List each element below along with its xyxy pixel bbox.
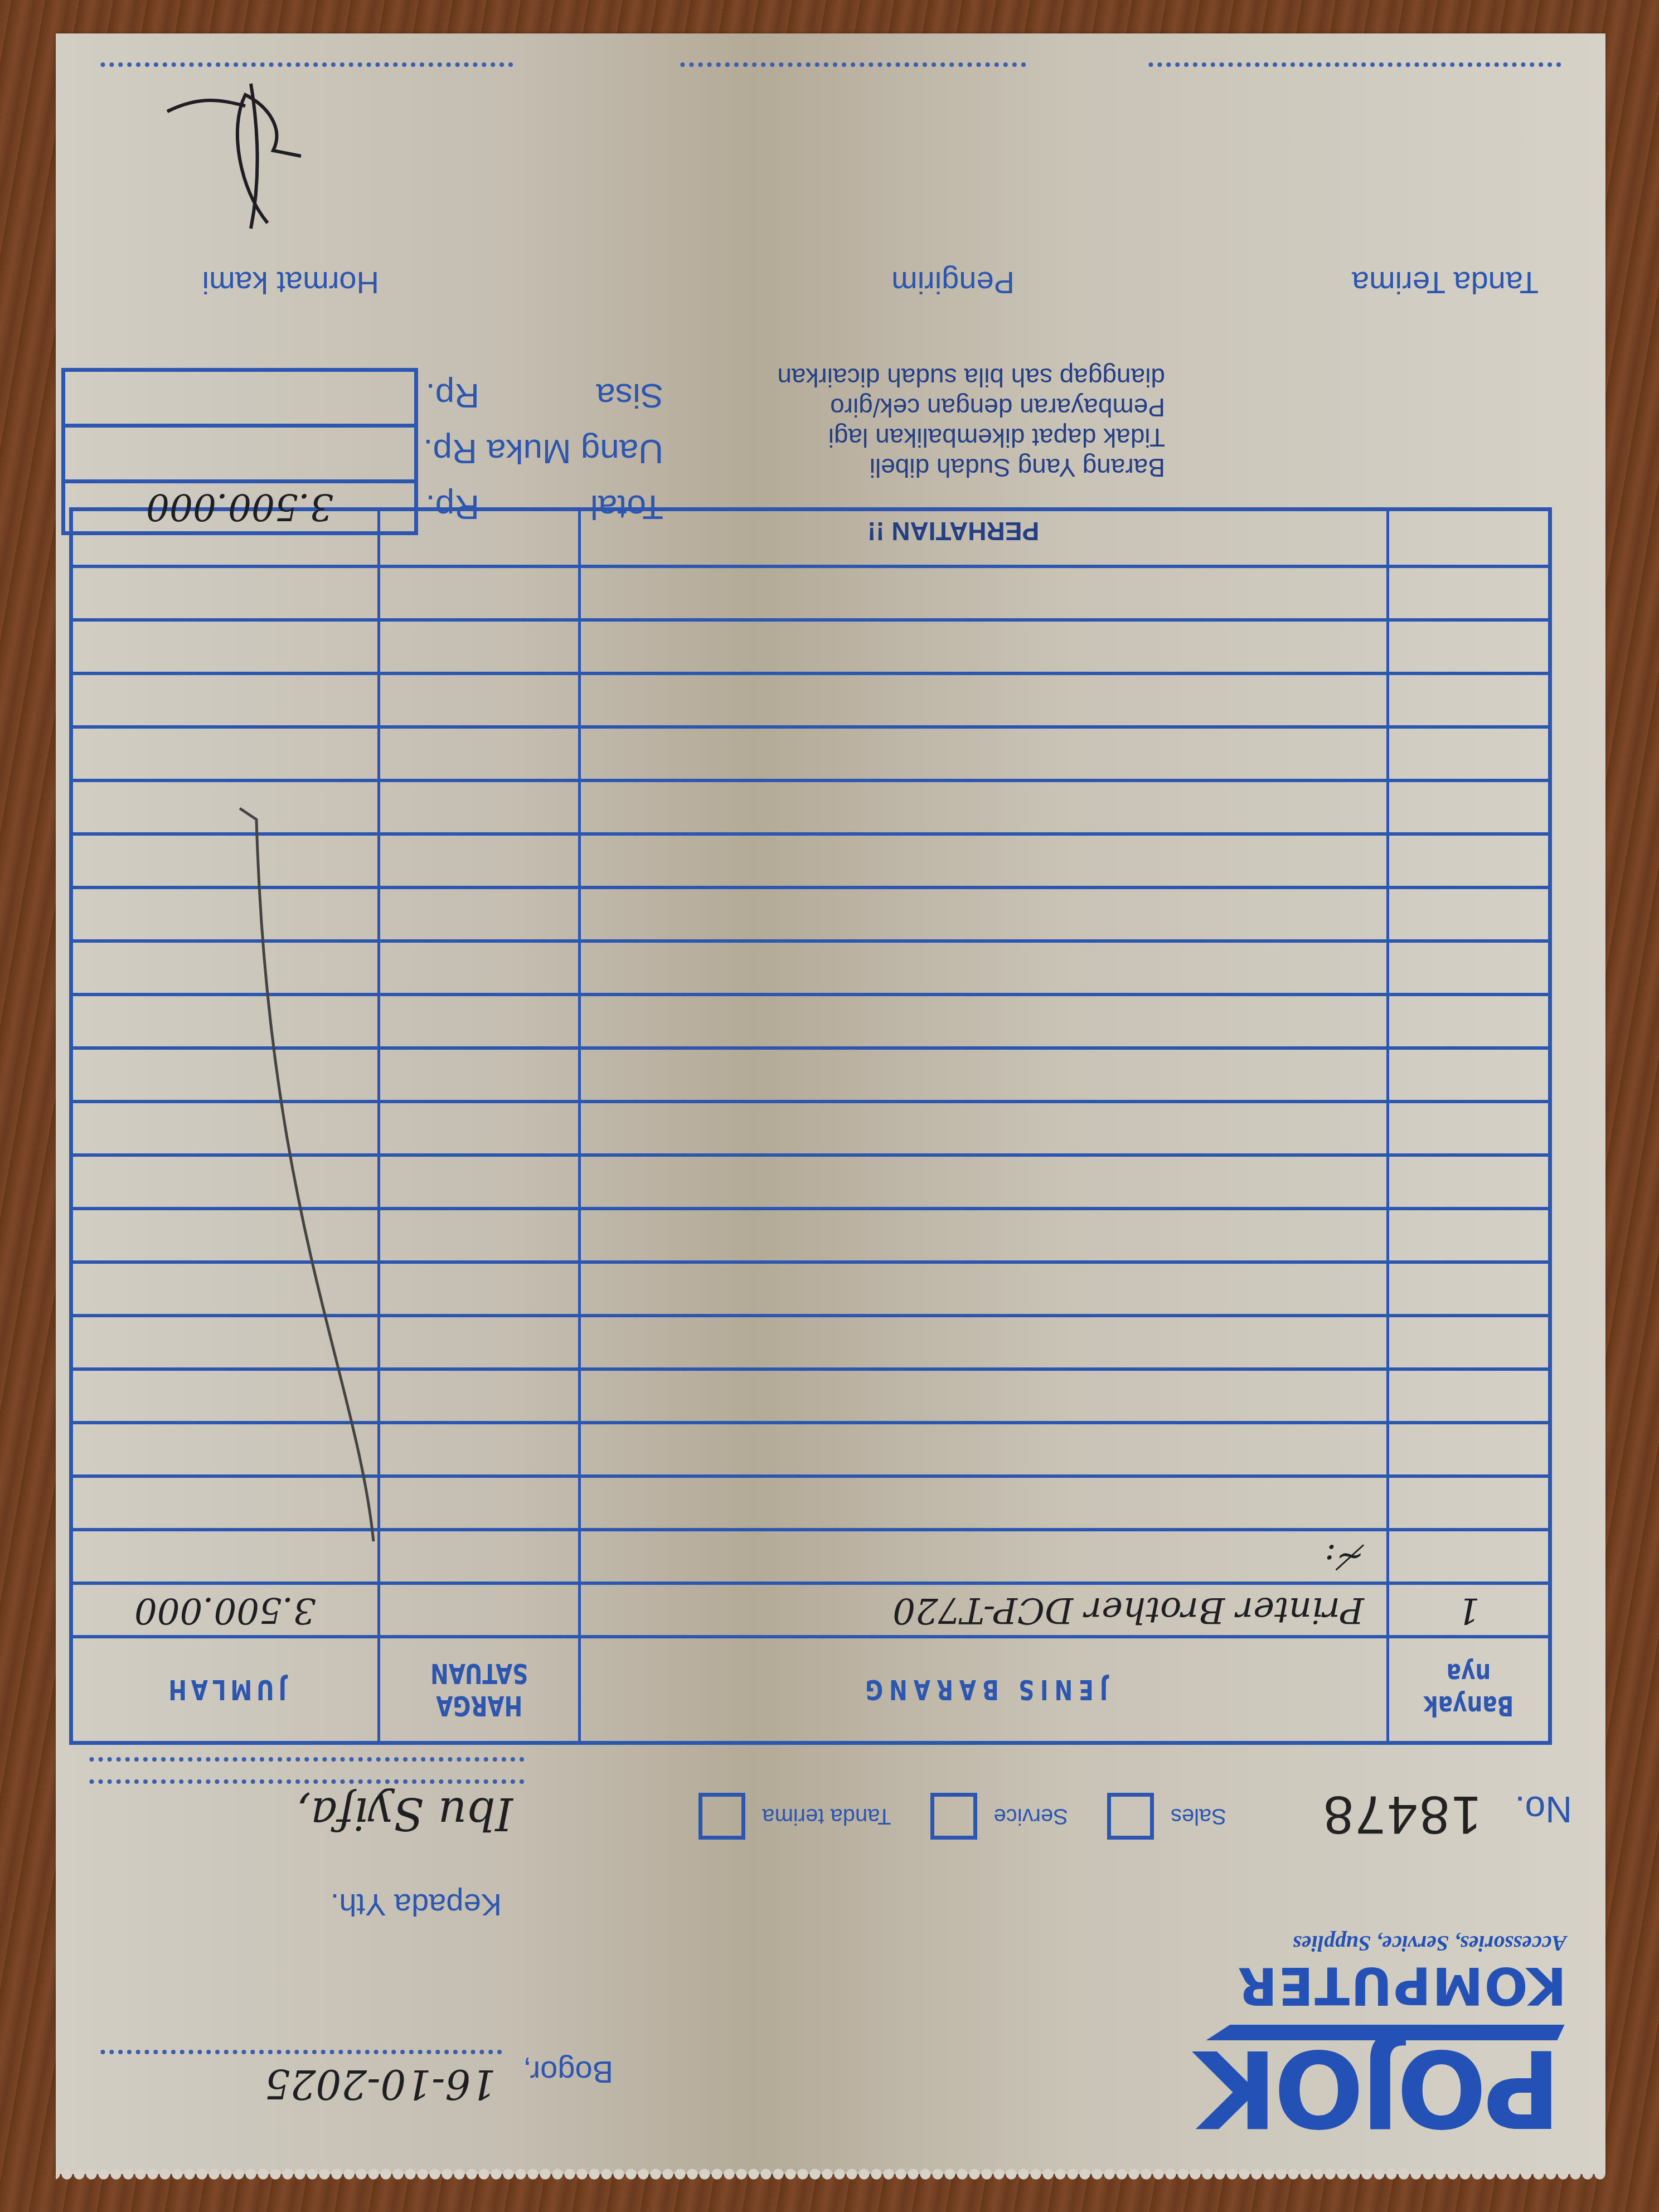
table-cell[interactable] (578, 675, 1386, 725)
sender-signature-line (680, 62, 1026, 67)
row-item[interactable]: Printer Brother DCP-T720 (892, 1589, 1364, 1631)
table-cell[interactable] (1386, 1371, 1548, 1421)
table-cell[interactable] (578, 836, 1386, 886)
col-header-item: JENIS BARANG (578, 1638, 1386, 1741)
header-divider-dots (89, 1757, 524, 1762)
table-cell[interactable] (578, 729, 1386, 779)
deposit-row: Uang Muka Rp. (61, 424, 663, 479)
total-label: Total (479, 488, 663, 527)
col-header-unit-price: HARGASATUAN (377, 1638, 578, 1741)
total-row: Total Rp. 3.500.000 (61, 479, 663, 535)
issuer-signature-line (100, 62, 513, 67)
logo-brand: POJOK (1199, 2035, 1561, 2141)
table-cell[interactable] (377, 1103, 578, 1153)
recipient-value[interactable]: Ibu Syifa, (297, 1788, 513, 1840)
table-cell[interactable] (578, 889, 1386, 939)
table-cell[interactable] (377, 1050, 578, 1100)
city-label: Bogor, (523, 2054, 613, 2090)
total-currency: Rp. (418, 488, 479, 527)
row-qty[interactable]: 1 (1457, 1589, 1480, 1631)
col-price-line1: HARGA (436, 1690, 522, 1722)
col-amount-label: JUMLAH (164, 1673, 286, 1706)
deposit-label: Uang Muka Rp. (418, 432, 663, 472)
table-cell[interactable] (578, 568, 1386, 618)
type-checkboxes: Sales Service Tanda terima (698, 1793, 1226, 1840)
sender-signature-label: Pengirim (891, 265, 1015, 301)
table-cell[interactable] (1386, 1478, 1548, 1528)
col-header-qty: Banyaknya (1386, 1638, 1548, 1741)
table-cell[interactable] (578, 1157, 1386, 1207)
table-cell[interactable] (377, 889, 578, 939)
notice-line: dianggap sah bila sudah dicairkan (741, 362, 1165, 392)
table-row (73, 618, 1548, 672)
checkbox-sales[interactable] (1107, 1793, 1154, 1840)
notice-line: Tidak dapat dikembalikan lagi (741, 423, 1165, 453)
invoice-number: No. 18478 (1321, 1784, 1572, 1845)
table-cell[interactable] (1386, 675, 1548, 725)
table-cell[interactable] (578, 782, 1386, 832)
date-field-line (100, 2050, 502, 2054)
table-cell[interactable] (1386, 889, 1548, 939)
table-cell[interactable] (1386, 622, 1548, 672)
balance-currency: Rp. (418, 376, 479, 416)
table-cell[interactable] (1386, 1050, 1548, 1100)
table-cell[interactable] (578, 1210, 1386, 1260)
number-value: 18478 (1321, 1784, 1481, 1845)
checkbox-service[interactable] (930, 1793, 977, 1840)
table-cell[interactable] (578, 1050, 1386, 1100)
table-cell[interactable] (1386, 1103, 1548, 1153)
table-cell[interactable] (578, 1317, 1386, 1367)
brand-logo: POJOK KOMPUTER Accessories, Service, Sup… (1182, 2001, 1572, 2141)
table-cell[interactable] (377, 782, 578, 832)
notice-box: PERHATIAN !! Barang Yang Sudah dibeli Ti… (741, 362, 1165, 546)
table-cell[interactable] (578, 1478, 1386, 1528)
receiver-signature-label: Tanda Terima (1352, 265, 1539, 301)
col-header-amount: JUMLAH (73, 1638, 377, 1741)
logo-subtitle: KOMPUTER (1237, 1956, 1567, 2015)
crossed-out-mark-icon: ≁: (1325, 1537, 1365, 1576)
table-cell[interactable] (377, 1210, 578, 1260)
totals-block: Total Rp. 3.500.000 Uang Muka Rp. Sisa R… (61, 368, 663, 535)
table-cell[interactable] (73, 568, 377, 618)
table-row: 1 Printer Brother DCP-T720 3.500.000 (73, 1582, 1548, 1635)
table-cell[interactable] (1386, 943, 1548, 993)
table-cell[interactable] (578, 996, 1386, 1046)
balance-label: Sisa (479, 376, 663, 416)
table-cell[interactable] (377, 729, 578, 779)
notice-line: Pembayaran dengan cek/giro (741, 392, 1165, 423)
table-cell[interactable] (377, 622, 578, 672)
table-cell[interactable] (1386, 996, 1548, 1046)
table-cell[interactable] (377, 1478, 578, 1528)
table-cell[interactable] (578, 622, 1386, 672)
issuer-signature-icon (145, 72, 334, 240)
torn-edge (56, 2166, 1605, 2182)
receiver-signature-line (1148, 62, 1561, 67)
table-cell[interactable] (377, 568, 578, 618)
table-cell[interactable] (578, 943, 1386, 993)
table-cell[interactable] (377, 836, 578, 886)
checkbox-service-label: Service (994, 1804, 1068, 1829)
table-cell[interactable] (73, 622, 377, 672)
notice-line: Barang Yang Sudah dibeli (741, 453, 1165, 483)
strike-through-line-icon (212, 764, 379, 1544)
checkbox-sales-label: Sales (1171, 1804, 1226, 1829)
table-row (73, 565, 1548, 618)
number-label: No. (1515, 1788, 1572, 1831)
table-cell[interactable] (578, 1424, 1386, 1474)
table-cell[interactable] (1386, 1424, 1548, 1474)
table-cell[interactable] (1386, 836, 1548, 886)
table-cell[interactable] (73, 675, 377, 725)
balance-row: Sisa Rp. (61, 368, 663, 424)
row-amount[interactable]: 3.500.000 (134, 1589, 316, 1631)
table-cell[interactable] (578, 1371, 1386, 1421)
table-cell[interactable] (377, 943, 578, 993)
col-qty-line2: nya (1447, 1657, 1491, 1690)
recipient-field-line (89, 1779, 524, 1784)
issuer-signature-label: Hormat kami (202, 265, 379, 301)
date-value[interactable]: 16-10-2025 (265, 2060, 496, 2107)
table-cell[interactable] (578, 1103, 1386, 1153)
logo-tagline: Accessories, Service, Supplies (1293, 1930, 1566, 1957)
table-cell[interactable] (1386, 729, 1548, 779)
col-item-label: JENIS BARANG (860, 1673, 1108, 1706)
table-cell[interactable] (578, 1264, 1386, 1314)
table-cell[interactable] (1386, 568, 1548, 618)
table-header: Banyaknya JENIS BARANG HARGASATUAN JUMLA… (73, 1635, 1548, 1741)
checkbox-tanda-terima-label: Tanda terima (762, 1804, 891, 1829)
col-price-line2: SATUAN (430, 1657, 528, 1690)
total-value[interactable]: 3.500.000 (146, 486, 333, 529)
notice-title: PERHATIAN !! (741, 516, 1165, 546)
table-cell[interactable] (377, 1317, 578, 1367)
col-qty-line1: Banyak (1424, 1690, 1514, 1722)
photo-canvas: POJOK KOMPUTER Accessories, Service, Sup… (0, 0, 1659, 2212)
logo-swoosh-icon (1206, 2025, 1564, 2040)
table-cell[interactable] (377, 1424, 578, 1474)
table-cell[interactable] (377, 1371, 578, 1421)
table-cell[interactable] (377, 1157, 578, 1207)
table-cell[interactable] (377, 1264, 578, 1314)
table-cell[interactable] (1386, 1157, 1548, 1207)
checkbox-tanda-terima[interactable] (698, 1793, 745, 1840)
invoice-paper: POJOK KOMPUTER Accessories, Service, Sup… (56, 33, 1605, 2174)
table-cell[interactable] (377, 996, 578, 1046)
table-cell[interactable] (1386, 1210, 1548, 1260)
table-cell[interactable] (1386, 782, 1548, 832)
table-row (73, 672, 1548, 725)
table-cell[interactable] (1386, 1264, 1548, 1314)
recipient-label: Kepada Yth. (331, 1887, 502, 1923)
table-cell[interactable] (1386, 511, 1548, 565)
table-cell[interactable] (1386, 1317, 1548, 1367)
table-cell[interactable] (377, 675, 578, 725)
